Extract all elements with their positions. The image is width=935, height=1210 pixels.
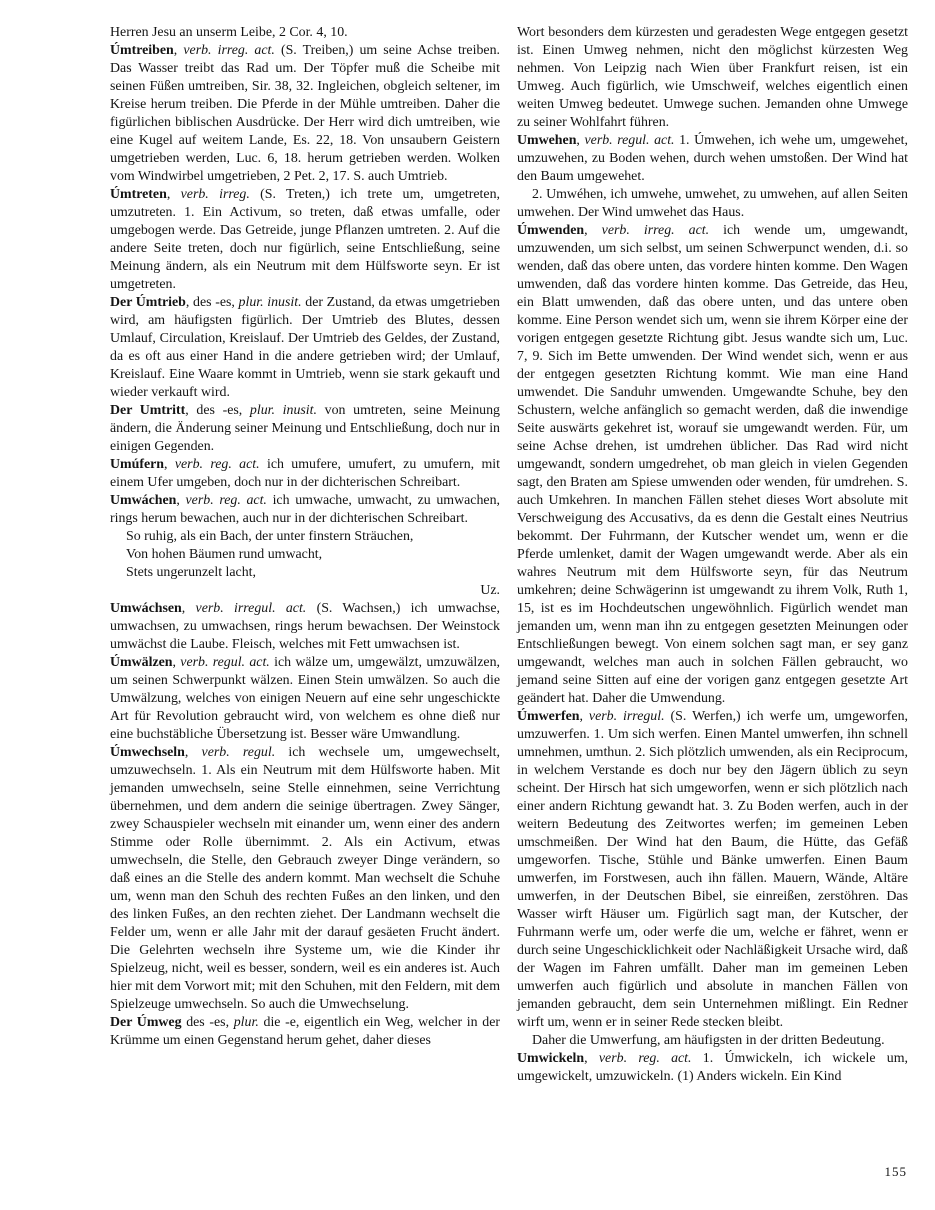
body-text: (S. Treten,) ich trete um, umgetreten, u… <box>110 187 500 292</box>
body-text: , <box>584 1051 599 1066</box>
poem-line: So ruhig, als ein Bach, der unter finste… <box>110 528 500 546</box>
dictionary-entry: Umwáchen, verb. reg. act. ich umwache, u… <box>110 492 500 528</box>
body-text: (S. Werfen,) ich werfe um, umgeworfen, u… <box>517 709 908 1030</box>
headword: Úmwechseln <box>110 745 185 760</box>
headword: Umwehen <box>517 133 576 148</box>
continuation-paragraph: Herren Jesu an unserm Leibe, 2 Cor. 4, 1… <box>110 24 500 42</box>
grammar-label: verb. reg. act. <box>186 493 267 508</box>
dictionary-entry: Umwickeln, verb. reg. act. 1. Úmwickeln,… <box>517 1050 908 1086</box>
grammar-label: verb. irreg. act. <box>183 43 275 58</box>
grammar-label: verb. irreg. act. <box>602 223 709 238</box>
headword: Úmtreten <box>110 187 167 202</box>
headword: Úmtreiben <box>110 43 174 58</box>
body-text: Daher die Umwerfung, am häufigsten in de… <box>532 1033 885 1048</box>
body-text: , <box>579 709 588 724</box>
body-text: 2. Umwéhen, ich umwehe, umwehet, zu umwe… <box>517 187 908 220</box>
body-text: Von hohen Bäumen rund umwacht, <box>126 547 322 562</box>
dictionary-page: Herren Jesu an unserm Leibe, 2 Cor. 4, 1… <box>0 0 935 1210</box>
dictionary-entry: Umúfern, verb. reg. act. ich umufere, um… <box>110 456 500 492</box>
grammar-label: verb. reg. act. <box>175 457 260 472</box>
headword: Umúfern <box>110 457 164 472</box>
body-text: Wort besonders dem kürzesten und gerades… <box>517 25 908 130</box>
dictionary-entry: Úmwälzen, verb. regul. act. ich wälze um… <box>110 654 500 744</box>
grammar-label: verb. irregul. act. <box>196 601 307 616</box>
headword: Umwáchsen <box>110 601 182 616</box>
dictionary-entry: Der Úmtrieb, des -es, plur. inusit. der … <box>110 294 500 402</box>
left-column: Herren Jesu an unserm Leibe, 2 Cor. 4, 1… <box>110 24 500 1050</box>
dictionary-entry: Úmwerfen, verb. irregul. (S. Werfen,) ic… <box>517 708 908 1032</box>
headword: Úmwerfen <box>517 709 579 724</box>
body-text: , <box>176 493 185 508</box>
body-text: Herren Jesu an unserm Leibe, 2 Cor. 4, 1… <box>110 25 348 40</box>
grammar-label: verb. reg. act. <box>599 1051 692 1066</box>
grammar-label: verb. regul. act. <box>584 133 674 148</box>
dictionary-entry: Úmtreten, verb. irreg. (S. Treten,) ich … <box>110 186 500 294</box>
body-text: , <box>174 43 184 58</box>
body-text: , des -es, <box>185 403 250 418</box>
body-text: der Zustand, da etwas umgetrieben wird, … <box>110 295 500 400</box>
poem-line: Von hohen Bäumen rund umwacht, <box>110 546 500 564</box>
body-text: , <box>185 745 202 760</box>
headword: Úmwenden <box>517 223 584 238</box>
body-text: , <box>584 223 602 238</box>
body-text: , <box>182 601 196 616</box>
body-text: Uz. <box>480 583 500 598</box>
headword: Umwickeln <box>517 1051 584 1066</box>
continuation-paragraph: Wort besonders dem kürzesten und gerades… <box>517 24 908 132</box>
body-text: ich wende um, umgewandt, umzuwenden, um … <box>517 223 908 706</box>
headword: Umwáchen <box>110 493 176 508</box>
body-text: ich wechsele um, umgewechselt, umzuwechs… <box>110 745 500 1012</box>
grammar-label: plur. inusit. <box>250 403 317 418</box>
body-text: So ruhig, als ein Bach, der unter finste… <box>126 529 413 544</box>
page-number: 155 <box>885 1163 908 1181</box>
poem-line: Stets ungerunzelt lacht, <box>110 564 500 582</box>
grammar-label: verb. irregul. <box>589 709 665 724</box>
body-text: , <box>167 187 181 202</box>
grammar-label: verb. regul. <box>202 745 276 760</box>
grammar-label: verb. irreg. <box>181 187 250 202</box>
body-text: (S. Treiben,) um seine Achse treiben. Da… <box>110 43 500 184</box>
headword: Der Úmweg <box>110 1015 182 1030</box>
dictionary-entry: Úmwechseln, verb. regul. ich wechsele um… <box>110 744 500 1014</box>
body-text: des -es, <box>182 1015 234 1030</box>
body-text: Stets ungerunzelt lacht, <box>126 565 256 580</box>
grammar-label: verb. regul. act. <box>180 655 270 670</box>
dictionary-entry: Der Úmweg des -es, plur. die -e, eigentl… <box>110 1014 500 1050</box>
dictionary-entry: Der Umtritt, des -es, plur. inusit. von … <box>110 402 500 456</box>
dictionary-entry: Umwáchsen, verb. irregul. act. (S. Wachs… <box>110 600 500 654</box>
dictionary-entry: Úmwenden, verb. irreg. act. ich wende um… <box>517 222 908 708</box>
poem-attribution: Uz. <box>110 582 500 600</box>
body-text: , des -es, <box>186 295 239 310</box>
grammar-label: plur. <box>234 1015 259 1030</box>
headword: Der Úmtrieb <box>110 295 186 310</box>
sub-paragraph: Daher die Umwerfung, am häufigsten in de… <box>517 1032 908 1050</box>
sub-paragraph: 2. Umwéhen, ich umwehe, umwehet, zu umwe… <box>517 186 908 222</box>
dictionary-entry: Umwehen, verb. regul. act. 1. Úmwehen, i… <box>517 132 908 186</box>
headword: Der Umtritt <box>110 403 185 418</box>
headword: Úmwälzen <box>110 655 173 670</box>
right-column: Wort besonders dem kürzesten und gerades… <box>517 24 908 1086</box>
dictionary-entry: Úmtreiben, verb. irreg. act. (S. Treiben… <box>110 42 500 186</box>
body-text: , <box>164 457 175 472</box>
grammar-label: plur. inusit. <box>239 295 302 310</box>
